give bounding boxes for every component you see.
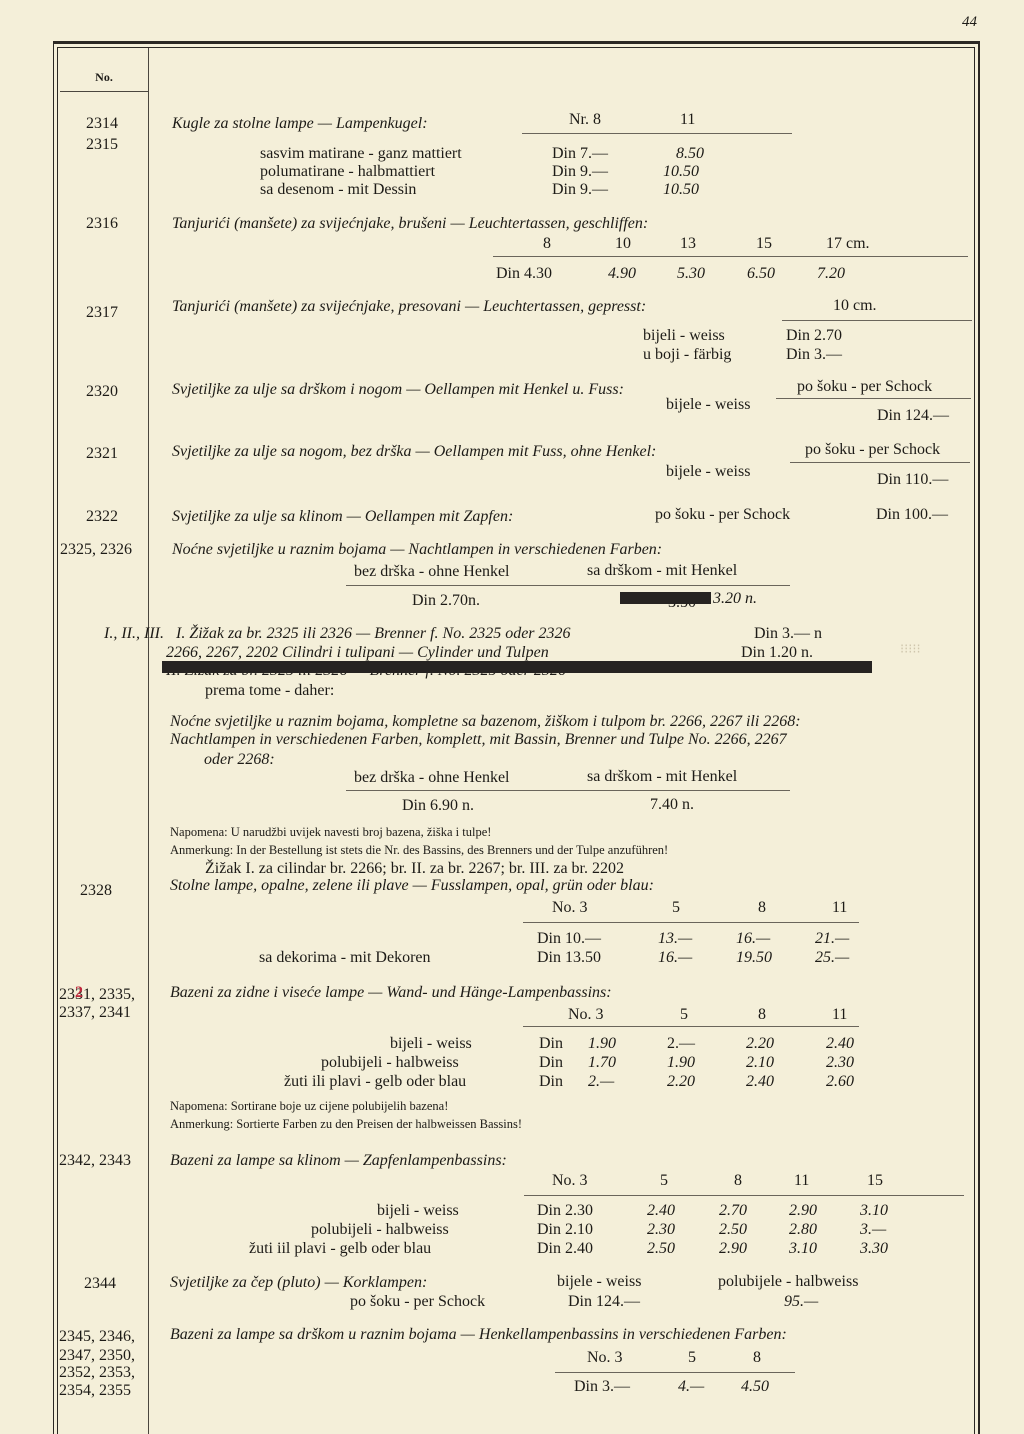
price: Din 124.—	[568, 1293, 640, 1311]
row-label: bijeli - weiss	[377, 1202, 459, 1220]
note: Napomena: Sortirane boje uz cijene polub…	[170, 1099, 448, 1114]
column-label: 15	[756, 235, 772, 253]
price: 2.—	[667, 1035, 695, 1053]
column-label: 8	[758, 1006, 766, 1024]
entry-title: Tanjurići (manšete) za svijećnjake, bruš…	[172, 215, 648, 233]
price: 2.90	[789, 1202, 817, 1220]
column-label: bez drška - ohne Henkel	[354, 769, 510, 787]
rule	[523, 1026, 859, 1027]
price: Din 3.— n	[754, 625, 822, 643]
price: Din 9.—	[552, 181, 608, 199]
price: 8.50	[676, 145, 704, 163]
price: 3.—	[860, 1221, 886, 1239]
column-header-no: No.	[60, 70, 148, 85]
row-label: polubijeli - halbweiss	[321, 1054, 459, 1072]
column-label: 17 cm.	[826, 235, 870, 253]
column-label: No. 3	[568, 1006, 604, 1024]
column-label: Nr. 8	[569, 111, 601, 129]
entry-title: Kugle za stolne lampe — Lampenkugel:	[172, 115, 428, 133]
header-rule	[60, 91, 148, 92]
price: 16.—	[736, 930, 770, 948]
price: 2.30	[826, 1054, 854, 1072]
column-label: 11	[794, 1172, 809, 1190]
price: Din 9.—	[552, 163, 608, 181]
row-label: žuti iil plavi - gelb oder blau	[249, 1240, 431, 1258]
row-label: bijeli - weiss	[390, 1035, 472, 1053]
column-label: 10 cm.	[833, 297, 877, 315]
rule	[346, 790, 790, 791]
column-label: bez drška - ohne Henkel	[354, 563, 510, 581]
column-label: No. 3	[552, 899, 588, 917]
rule	[776, 398, 971, 399]
price: 21.—	[815, 930, 849, 948]
entry-title-line: oder 2268:	[204, 751, 275, 769]
column-label: 5	[680, 1006, 688, 1024]
item-number: 2321	[86, 445, 118, 463]
rule	[782, 320, 972, 321]
variant-label: bijele - weiss	[666, 396, 750, 414]
price: Din 2.10	[537, 1221, 593, 1239]
item-number: 2316	[86, 215, 118, 233]
item-number: 2320	[86, 383, 118, 401]
price: 3.10	[789, 1240, 817, 1258]
price: 2.40	[826, 1035, 854, 1053]
price: 7.40 n.	[650, 796, 694, 814]
currency: Din	[539, 1073, 563, 1091]
price: Din 4.30	[496, 265, 552, 283]
column-label: 5	[688, 1349, 696, 1367]
price: 2.30	[647, 1221, 675, 1239]
column-label: 8	[734, 1172, 742, 1190]
price: 3.20 n.	[713, 590, 757, 608]
item-number: 2331, 2335,	[59, 986, 135, 1004]
correction-mark: 2	[75, 984, 83, 1002]
price: 2.60	[826, 1073, 854, 1091]
item-number: 2352, 2353,	[59, 1364, 135, 1382]
price: 4.50	[741, 1378, 769, 1396]
item-number: 2337, 2341	[59, 1004, 131, 1022]
price: Din 3.—	[574, 1378, 630, 1396]
price: 13.—	[658, 930, 692, 948]
price: Din 2.30	[537, 1202, 593, 1220]
row-label: sasvim matirane - ganz mattiert	[260, 145, 462, 163]
column-label: 8	[543, 235, 551, 253]
item-number: 2317	[86, 304, 118, 322]
column-label: 10	[615, 235, 631, 253]
item-number: 2354, 2355	[59, 1382, 131, 1400]
item-number: 2328	[80, 882, 112, 900]
entry-title-line: Noćne svjetiljke u raznim bojama, komple…	[170, 713, 801, 731]
column-label: No. 3	[587, 1349, 623, 1367]
note: Anmerkung: Sortierte Farben zu den Preis…	[170, 1117, 522, 1132]
column-label: polubijele - halbweiss	[718, 1273, 858, 1291]
rule	[522, 133, 792, 134]
price: 2.—	[588, 1073, 614, 1091]
unit-label: po šoku - per Schock	[805, 441, 940, 459]
price: Din 7.—	[552, 145, 608, 163]
price: 3.30	[860, 1240, 888, 1258]
price: 3.10	[860, 1202, 888, 1220]
price: 19.50	[736, 949, 772, 967]
faint-mark: ⁝⁝⁝⁝⁝	[900, 640, 921, 658]
entry-title: Bazeni za zidne i viseće lampe — Wand- u…	[170, 984, 612, 1002]
rule	[524, 1195, 964, 1196]
column-label: 8	[753, 1349, 761, 1367]
price: 1.90	[588, 1035, 616, 1053]
price: Din 1.20 n.	[741, 644, 813, 662]
note: Napomena: U narudžbi uvijek navesti broj…	[170, 825, 491, 840]
price: Din 10.—	[537, 930, 601, 948]
rule	[523, 922, 859, 923]
price: 5.30	[677, 265, 705, 283]
price: 2.50	[647, 1240, 675, 1258]
row-label: polumatirane - halbmattiert	[260, 163, 435, 181]
entry-title: Svjetiljke za ulje sa nogom, bez drška —…	[172, 443, 656, 461]
rule	[790, 462, 970, 463]
column-label: 13	[680, 235, 696, 253]
burner-line: 2266, 2267, 2202 Cilindri i tulipani — C…	[166, 644, 549, 662]
price: 1.70	[588, 1054, 616, 1072]
row-label: bijeli - weiss	[643, 327, 725, 345]
price: 2.50	[719, 1221, 747, 1239]
column-label: sa drškom - mit Henkel	[587, 562, 737, 580]
row-label: u boji - färbig	[643, 346, 731, 364]
price: Din 6.90 n.	[402, 797, 474, 815]
price: 1.90	[667, 1054, 695, 1072]
redaction-bar	[162, 661, 872, 673]
row-label: žuti ili plavi - gelb oder blau	[284, 1073, 466, 1091]
column-label: 8	[758, 899, 766, 917]
row-label: sa dekorima - mit Dekoren	[259, 949, 431, 967]
column-separator	[148, 48, 149, 1434]
column-label: 11	[680, 111, 695, 129]
price: 2.70	[719, 1202, 747, 1220]
price: 2.90	[719, 1240, 747, 1258]
item-number: 2325, 2326	[60, 541, 132, 559]
entry-title: Bazeni za lampe sa drškom u raznim bojam…	[170, 1326, 787, 1344]
row-label: polubijeli - halbweiss	[311, 1221, 449, 1239]
item-number: I., II., III.	[104, 625, 164, 643]
price: 95.—	[784, 1293, 818, 1311]
item-number: 2315	[86, 136, 118, 154]
note: Žižak I. za cilindar br. 2266; br. II. z…	[205, 860, 624, 878]
row-label: sa desenom - mit Dessin	[260, 181, 416, 199]
column-label: 5	[660, 1172, 668, 1190]
page-number: 44	[962, 14, 977, 31]
burner-line: I. Žižak za br. 2325 ili 2326 — Brenner …	[176, 625, 571, 643]
price: Din 2.40	[537, 1240, 593, 1258]
currency: Din	[539, 1035, 563, 1053]
price: 25.—	[815, 949, 849, 967]
column-label: 5	[672, 899, 680, 917]
price: 2.10	[746, 1054, 774, 1072]
unit-label: po šoku - per Schock	[350, 1293, 485, 1311]
entry-title: Svjetiljke za čep (pluto) — Korklampen:	[170, 1274, 427, 1292]
item-number: 2314	[86, 115, 118, 133]
rule	[555, 1372, 795, 1373]
column-label: 11	[832, 899, 847, 917]
price: Din 124.—	[877, 407, 949, 425]
rule	[493, 256, 968, 257]
item-number: 2322	[86, 508, 118, 526]
price: 2.40	[647, 1202, 675, 1220]
entry-title: Tanjurići (manšete) za svijećnjake, pres…	[172, 298, 646, 316]
column-label: 11	[832, 1006, 847, 1024]
price: 10.50	[663, 181, 699, 199]
currency: Din	[539, 1054, 563, 1072]
price: 10.50	[663, 163, 699, 181]
price: 7.20	[817, 265, 845, 283]
price: Din 110.—	[877, 471, 948, 489]
unit-label: po šoku - per Schock	[797, 378, 932, 396]
price: Din 2.70	[786, 327, 842, 345]
price: 4.—	[678, 1378, 704, 1396]
column-label: bijele - weiss	[557, 1273, 641, 1291]
price: Din 100.—	[876, 506, 948, 524]
note: Anmerkung: In der Bestellung ist stets d…	[170, 843, 668, 858]
footer-text: prema tome - daher:	[205, 682, 334, 700]
entry-title: Bazeni za lampe sa klinom — Zapfenlampen…	[170, 1152, 507, 1170]
price: Din 13.50	[537, 949, 601, 967]
price: Din 3.—	[786, 346, 842, 364]
price: 2.20	[667, 1073, 695, 1091]
price: 6.50	[747, 265, 775, 283]
item-number: 2347, 2350,	[59, 1347, 135, 1365]
entry-title: Svjetiljke za ulje sa klinom — Oellampen…	[172, 508, 513, 526]
variant-label: bijele - weiss	[666, 463, 750, 481]
column-label: No. 3	[552, 1172, 588, 1190]
entry-title: Svjetiljke za ulje sa drškom i nogom — O…	[172, 381, 624, 399]
price: Din 2.70n.	[412, 592, 480, 610]
item-number: 2345, 2346,	[59, 1328, 135, 1346]
price: 16.—	[658, 949, 692, 967]
entry-title-line: Nachtlampen in verschiedenen Farben, kom…	[170, 731, 787, 749]
entry-title: Noćne svjetiljke u raznim bojama — Nacht…	[172, 541, 662, 559]
entry-title: Stolne lampe, opalne, zelene ili plave —…	[170, 877, 654, 895]
price: 4.90	[608, 265, 636, 283]
price: 2.40	[746, 1073, 774, 1091]
price: 2.80	[789, 1221, 817, 1239]
unit-label: po šoku - per Schock	[655, 506, 790, 524]
price: 2.20	[746, 1035, 774, 1053]
item-number: 2344	[84, 1275, 116, 1293]
rule	[346, 585, 790, 586]
item-number: 2342, 2343	[59, 1152, 131, 1170]
redaction-bar	[620, 592, 711, 604]
column-label: 15	[867, 1172, 883, 1190]
column-label: sa drškom - mit Henkel	[587, 768, 737, 786]
